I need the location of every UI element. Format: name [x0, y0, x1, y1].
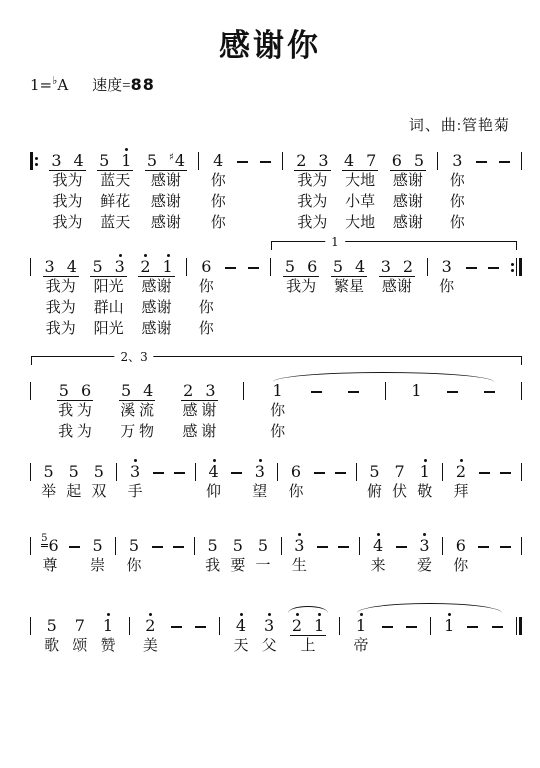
- note-digit: 4: [344, 153, 354, 169]
- barline: [442, 460, 443, 482]
- lyric: [30, 171, 38, 192]
- lyric: 崇: [90, 556, 105, 577]
- note-cell: 5: [91, 460, 106, 482]
- lyric: [225, 319, 236, 340]
- lyric: 你: [211, 192, 226, 213]
- note-cell: 5: [41, 460, 56, 482]
- line-grid: 56542311我 为溪 流感 谢你我 为万 物感 谢你: [30, 379, 522, 443]
- note: 6: [456, 538, 466, 556]
- note-digit: 1: [121, 153, 131, 169]
- lyric: [437, 213, 438, 234]
- note-digit: 3: [45, 259, 55, 275]
- lyric: [516, 636, 522, 657]
- lyric: [317, 556, 328, 577]
- lyric: 要: [230, 556, 245, 577]
- lyric: 你: [126, 556, 141, 577]
- dash-note: [500, 534, 511, 556]
- score-line-6: 5712432111歌颂赞美天父上帝: [30, 614, 522, 657]
- beam-group: 54: [119, 379, 155, 401]
- note: 3: [381, 259, 391, 276]
- dash-note: [153, 460, 164, 482]
- note: 5: [258, 538, 268, 556]
- note: 3: [452, 153, 462, 171]
- lyric: [69, 556, 80, 577]
- dash-note: [69, 534, 80, 556]
- lyric: [283, 298, 319, 319]
- note-cell: 3: [252, 460, 267, 482]
- lyric: [237, 213, 248, 234]
- note-cell: 4: [211, 149, 226, 171]
- lyric: [521, 213, 522, 234]
- barline: [521, 534, 522, 556]
- note-cell: 7: [392, 460, 407, 482]
- lyric: [277, 482, 278, 503]
- lyric: [30, 636, 31, 657]
- lyric: 感谢: [145, 213, 187, 234]
- lyric: [198, 192, 199, 213]
- dash-note: [406, 614, 417, 636]
- dash-note: [314, 460, 325, 482]
- lyric: 我: [205, 556, 220, 577]
- note: 2: [456, 464, 466, 482]
- dash-note: [338, 534, 349, 556]
- note: 2: [145, 618, 155, 636]
- dash-note: [396, 534, 407, 556]
- note-digit: 7: [75, 618, 85, 634]
- octave-dot-icon: [107, 613, 110, 616]
- note-cell: 3: [417, 534, 432, 556]
- line-grid: 34515♯442347653我为蓝天感谢你我为大地感谢你我为鲜花感谢你我为小草…: [30, 149, 522, 234]
- dash-note: [225, 255, 236, 277]
- note-digit: 3: [130, 464, 140, 480]
- beam-group: 34: [43, 255, 79, 277]
- lyric: [338, 556, 349, 577]
- beam-group: 56: [57, 379, 93, 401]
- barline: [270, 255, 271, 277]
- note-digit: 2: [140, 259, 150, 275]
- lyric: 我为: [49, 213, 85, 234]
- lyric: [174, 482, 185, 503]
- lyric: [30, 422, 31, 443]
- lyric: 蓝天: [97, 171, 133, 192]
- lyric: 感 谢: [181, 422, 217, 443]
- lyric: 我为: [294, 192, 330, 213]
- note-digit: 3: [51, 153, 61, 169]
- note-digit: 4: [213, 153, 223, 169]
- octave-dot-icon: [460, 459, 463, 462]
- lyric: [243, 401, 244, 422]
- beam-group: 51: [97, 149, 133, 171]
- lyric: [260, 213, 271, 234]
- lyric: [335, 482, 346, 503]
- lyric: [479, 482, 490, 503]
- line-grid: 56555553436尊崇你我要一生来爱你: [30, 534, 522, 577]
- note: 7: [366, 153, 376, 170]
- note: 5: [92, 538, 102, 556]
- note: 2: [140, 259, 150, 276]
- note-cell: 4: [233, 614, 248, 636]
- note-digit: 1: [163, 259, 173, 275]
- lyric: [382, 636, 393, 657]
- repeat-end-barline: [511, 255, 522, 277]
- lyric: [411, 401, 421, 422]
- note-digit: 4: [208, 464, 218, 480]
- lyric: 我 为: [57, 401, 93, 422]
- note: 6: [201, 259, 211, 277]
- lyric: [243, 422, 244, 443]
- lyric: [492, 636, 503, 657]
- dash-note: [479, 460, 490, 482]
- note-digit: 3: [255, 464, 265, 480]
- lyric: [379, 319, 415, 340]
- lyric: 爱: [417, 556, 432, 577]
- lyric: [511, 277, 522, 298]
- barline: [186, 255, 187, 277]
- eighth-beam: 34: [43, 259, 79, 277]
- barline: [427, 255, 428, 277]
- beam-group: 23: [294, 149, 330, 171]
- key-prefix: 1=: [30, 76, 52, 94]
- note-digit: 4: [355, 259, 365, 275]
- lyric: [260, 171, 271, 192]
- key-signature: 1=♭A: [30, 76, 68, 94]
- beam-group: 21: [290, 614, 326, 636]
- note-digit: 1: [420, 464, 430, 480]
- lyric: 感谢: [145, 171, 187, 192]
- lyric: [476, 213, 487, 234]
- beam-group: 5♯4: [145, 149, 187, 171]
- barline: [521, 379, 522, 401]
- lyric: [379, 298, 415, 319]
- octave-dot-icon: [360, 613, 363, 616]
- dash-note: [174, 460, 185, 482]
- eighth-beam: 5♯4: [145, 153, 187, 171]
- lyric: [437, 171, 438, 192]
- note: 3: [115, 259, 125, 276]
- note-digit: 5: [129, 538, 139, 554]
- lyric: [270, 277, 271, 298]
- note: 1: [411, 383, 421, 401]
- score-line-2: 34532165654323我为阳光感谢你我为繁星感谢你我为群山感谢你我为阳光感…: [30, 255, 522, 340]
- lyric: 感谢: [138, 298, 174, 319]
- eighth-beam: 56: [283, 259, 319, 277]
- lyric: 你: [270, 422, 285, 443]
- note-digit: 5: [369, 464, 379, 480]
- lyric: 尊: [41, 556, 59, 577]
- note-cell: 4: [371, 534, 386, 556]
- lyric: [153, 482, 164, 503]
- note-digit: 2: [145, 618, 155, 634]
- note-cell: 1: [270, 379, 285, 401]
- lyric: [198, 171, 199, 192]
- note-cell: 3: [262, 614, 277, 636]
- dash-note: [484, 379, 495, 401]
- note-digit: 6: [291, 464, 301, 480]
- lyric: [521, 401, 522, 422]
- note: 5: [59, 383, 69, 400]
- octave-dot-icon: [167, 254, 170, 257]
- dash-note: [311, 379, 322, 401]
- dash-note: [466, 255, 477, 277]
- note-digit: 3: [264, 618, 274, 634]
- octave-dot-icon: [296, 613, 299, 616]
- lyric: [521, 482, 522, 503]
- lyric: [521, 422, 522, 443]
- note: 1: [273, 383, 283, 401]
- note: 4: [143, 383, 153, 400]
- note: 7: [75, 618, 85, 636]
- volta-label: 1: [325, 235, 345, 249]
- barline: [359, 534, 360, 556]
- note-digit: 4: [373, 538, 383, 554]
- note: 3: [205, 383, 215, 400]
- lyric: 你: [439, 277, 454, 298]
- note-digit: 4: [175, 153, 185, 169]
- barline: [116, 460, 117, 482]
- lyric: 我为: [49, 192, 85, 213]
- note-digit: 3: [419, 538, 429, 554]
- note-cell: 6: [289, 460, 304, 482]
- lyric: [248, 298, 259, 319]
- note-digit: 2: [296, 153, 306, 169]
- lyric: [427, 277, 428, 298]
- lyric: [521, 171, 522, 192]
- dash-note: [447, 379, 458, 401]
- octave-dot-icon: [213, 459, 216, 462]
- barline: [277, 460, 278, 482]
- lyric: 你: [450, 192, 465, 213]
- lyric: 大地: [342, 213, 378, 234]
- note: 5: [121, 383, 131, 400]
- octave-dot-icon: [240, 613, 243, 616]
- note-digit: 1: [103, 618, 113, 634]
- dash-note: [500, 460, 511, 482]
- lyric: [116, 482, 117, 503]
- barline: [281, 534, 282, 556]
- lyric: 拜: [453, 482, 468, 503]
- note-cell: 2: [143, 614, 158, 636]
- lyric: 感谢: [138, 277, 174, 298]
- note-cell: 6: [453, 534, 468, 556]
- lyric: [437, 192, 438, 213]
- lyric: [385, 422, 386, 443]
- lyric: [521, 556, 522, 577]
- lyric: [282, 213, 283, 234]
- lyric: 生: [292, 556, 307, 577]
- lyric: [439, 298, 454, 319]
- eighth-beam: 65: [390, 153, 426, 171]
- lyric: [171, 636, 182, 657]
- note-digit: 1: [314, 618, 324, 634]
- lyric: 万 物: [119, 422, 155, 443]
- lyric: 我为: [294, 213, 330, 234]
- lyric: [173, 556, 184, 577]
- volta-label: 2、3: [115, 350, 154, 364]
- note: 2: [403, 259, 413, 276]
- lyric: [30, 401, 31, 422]
- note-cell: 5: [205, 534, 220, 556]
- lyric: [356, 482, 357, 503]
- note-digit: 3: [442, 259, 452, 275]
- lyric: 你: [453, 556, 468, 577]
- dash-note: [237, 149, 248, 171]
- note: 1: [356, 618, 366, 636]
- note-digit: 1: [444, 618, 454, 634]
- lyric: [225, 277, 236, 298]
- lyric: [442, 556, 443, 577]
- note: 5: [414, 153, 424, 170]
- note: 1: [444, 618, 454, 636]
- repeat-start-barline: [30, 149, 38, 171]
- lyric: [195, 482, 196, 503]
- lyric: 阳光: [90, 319, 126, 340]
- lyric: [30, 319, 31, 340]
- beam-group: 21: [138, 255, 174, 277]
- lyric: [476, 192, 487, 213]
- lyric: [484, 401, 495, 422]
- barline: [339, 614, 340, 636]
- score-line-1: 34515♯442347653我为蓝天感谢你我为大地感谢你我为鲜花感谢你我为小草…: [30, 149, 522, 234]
- lyric: [331, 298, 367, 319]
- lyric: 阳光: [90, 277, 126, 298]
- octave-dot-icon: [259, 459, 262, 462]
- eighth-beam: 32: [379, 259, 415, 277]
- note-cell: 56: [41, 534, 59, 556]
- beam-group: 56: [283, 255, 319, 277]
- lyric: 你: [211, 213, 226, 234]
- lyric: [314, 482, 325, 503]
- lyric: [406, 636, 417, 657]
- note-cell: 5: [367, 460, 382, 482]
- dash-note: [478, 534, 489, 556]
- note-digit: 2: [403, 259, 413, 275]
- note-digit: 4: [67, 259, 77, 275]
- note: 5: [44, 464, 54, 482]
- lyric: [270, 298, 271, 319]
- lyric: [186, 277, 187, 298]
- lyric: [198, 213, 199, 234]
- note-digit: 4: [236, 618, 246, 634]
- lyric: 我为: [43, 298, 79, 319]
- note: 4: [344, 153, 354, 170]
- note-digit: 6: [201, 259, 211, 275]
- note: 4: [67, 259, 77, 276]
- lyric: 颂: [72, 636, 87, 657]
- barline: [385, 379, 386, 401]
- lyric: 敬: [417, 482, 432, 503]
- lyric: 俯: [367, 482, 382, 503]
- lyric: 起: [66, 482, 81, 503]
- dash-note: [488, 255, 499, 277]
- lyric: [427, 298, 428, 319]
- lyric: [282, 171, 283, 192]
- lyric: 我 为: [57, 422, 93, 443]
- lyric: [152, 556, 163, 577]
- note-cell: 5: [230, 534, 245, 556]
- dash-note: [248, 255, 259, 277]
- note: 3: [130, 464, 140, 482]
- note: 1: [121, 153, 131, 170]
- note-cell: 3: [439, 255, 454, 277]
- sharp-icon: ♯: [169, 153, 174, 163]
- lyric: [30, 556, 31, 577]
- note-cell: 3: [128, 460, 143, 482]
- note-digit: 3: [205, 383, 215, 399]
- note: 7: [395, 464, 405, 482]
- barline: [430, 614, 431, 636]
- lyric: 举: [41, 482, 56, 503]
- note-digit: 1: [356, 618, 366, 634]
- lyric: 你: [289, 482, 304, 503]
- tempo-label: 速度=: [92, 78, 130, 94]
- note-digit: 5: [147, 153, 157, 169]
- dash-note: [173, 534, 184, 556]
- lyric: [466, 298, 477, 319]
- note-cell: 5: [66, 460, 81, 482]
- tempo-value: 88: [131, 75, 155, 94]
- lyric: 感谢: [390, 171, 426, 192]
- lyric: 感谢: [379, 277, 415, 298]
- barline: [30, 460, 31, 482]
- tie-arc: [357, 603, 502, 613]
- note-digit: 2: [456, 464, 466, 480]
- eighth-beam: 47: [342, 153, 378, 171]
- dash-note: [260, 149, 271, 171]
- dash-note: [348, 379, 359, 401]
- final-barline: [516, 614, 522, 636]
- lyric: [282, 192, 283, 213]
- lyric: 你: [211, 171, 226, 192]
- note: 5: [92, 259, 102, 276]
- lyric: [115, 556, 116, 577]
- lyric: [488, 298, 499, 319]
- note: 1: [314, 618, 324, 635]
- barline: [219, 614, 220, 636]
- lyric: [348, 401, 359, 422]
- note: 3: [45, 259, 55, 276]
- lyric: [511, 319, 522, 340]
- note: 5: [129, 538, 139, 556]
- barline: [243, 379, 244, 401]
- dash-note: [195, 614, 206, 636]
- note: 5: [147, 153, 157, 170]
- key-tonic: A: [57, 76, 68, 94]
- note-digit: 5: [92, 259, 102, 275]
- dash-note: [467, 614, 478, 636]
- score-line-5: 56555553436尊崇你我要一生来爱你: [30, 534, 522, 577]
- lyric: 仰: [206, 482, 221, 503]
- lyric: [467, 636, 478, 657]
- lyric: [237, 171, 248, 192]
- score-line-3: 56542311我 为溪 流感 谢你我 为万 物感 谢你2、3: [30, 379, 522, 443]
- lyric: 你: [199, 319, 214, 340]
- note-cell: 6: [199, 255, 214, 277]
- lyric: [186, 298, 187, 319]
- lyric: [500, 482, 511, 503]
- lyric: [281, 556, 282, 577]
- lyric: 繁星: [331, 277, 367, 298]
- note: 2: [296, 153, 306, 170]
- dash-note: [499, 149, 510, 171]
- volta-bracket: 1: [271, 241, 517, 250]
- lyric: [270, 319, 271, 340]
- lyric: 鲜花: [97, 192, 133, 213]
- note-digit: 3: [115, 259, 125, 275]
- lyric: [499, 213, 510, 234]
- lyric: [442, 482, 443, 503]
- note: 1: [103, 618, 113, 636]
- tie-arc: [288, 606, 328, 613]
